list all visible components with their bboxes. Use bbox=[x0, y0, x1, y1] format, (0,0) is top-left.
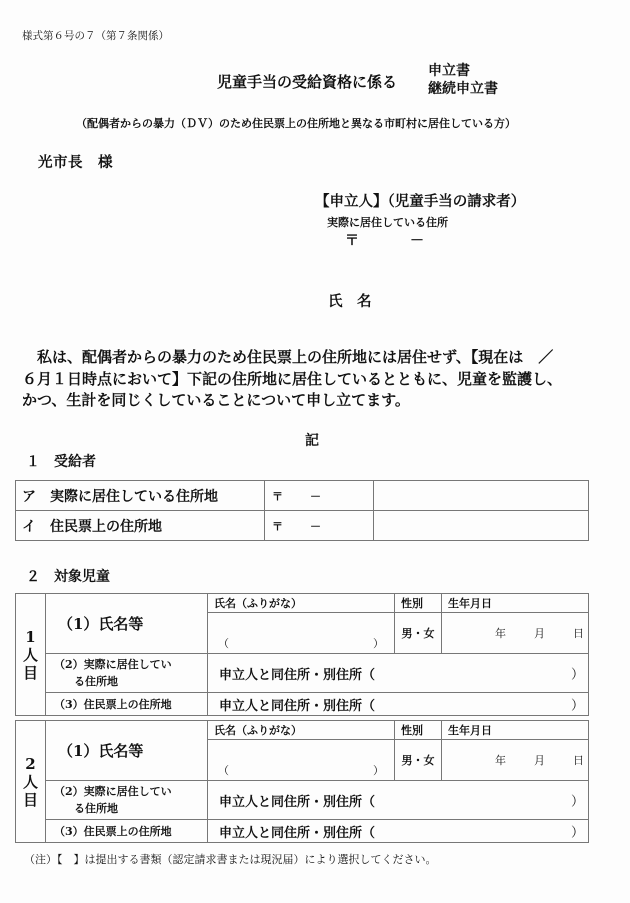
applicant-address-label: 実際に居住している住所 bbox=[327, 214, 448, 230]
postal-code-field[interactable]: 〒－ bbox=[265, 511, 374, 541]
address-options[interactable]: 申立人と同住所・別住所（ bbox=[219, 826, 375, 841]
child-1-table: 1 人 目 （1）氏名等 氏名（ふりがな） 性別 生年月日 （ ） 男・女 年月… bbox=[15, 593, 589, 716]
table-row: ア 実際に居住している住所地 〒－ bbox=[16, 481, 589, 511]
address-options[interactable]: 申立人と同住所・別住所（ bbox=[219, 668, 375, 683]
statement-text: 私は、配偶者からの暴力のため住民票上の住所地には居住せず、【現在は ／ ６月１日… bbox=[22, 347, 562, 412]
dob-month-label: 月 bbox=[534, 627, 545, 640]
name-header: 氏名（ふりがな） bbox=[208, 594, 395, 613]
section-2-title: ２ 対象児童 bbox=[26, 566, 110, 586]
name-section-label: （1）氏名等 bbox=[46, 594, 208, 654]
registered-address-field[interactable]: 申立人と同住所・別住所（ ） bbox=[208, 693, 589, 716]
furigana-paren-close: ） bbox=[373, 635, 384, 651]
actual-address-label: （2）実際に居住してい る住所地 bbox=[46, 781, 208, 820]
row-label: ア 実際に居住している住所地 bbox=[16, 481, 265, 511]
dob-day-label: 日 bbox=[573, 754, 584, 767]
sex-header: 性別 bbox=[395, 594, 442, 613]
close-paren: ） bbox=[571, 695, 584, 714]
furigana-paren-close: ） bbox=[373, 762, 384, 778]
page-title: 児童手当の受給資格に係る bbox=[217, 71, 397, 92]
child-name-field[interactable]: （ ） bbox=[208, 613, 395, 654]
name-header: 氏名（ふりがな） bbox=[208, 721, 395, 740]
postal-mark-icon: 〒 bbox=[265, 490, 283, 503]
actual-address-field[interactable]: 申立人と同住所・別住所（ ） bbox=[208, 781, 589, 820]
dob-day-label: 日 bbox=[573, 627, 584, 640]
row-label: イ 住民票上の住所地 bbox=[16, 511, 265, 541]
postal-dash: － bbox=[283, 520, 321, 533]
ordinal-char: 目 bbox=[16, 664, 45, 682]
dob-field[interactable]: 年月日 bbox=[442, 740, 589, 781]
label-line: る住所地 bbox=[54, 800, 207, 817]
child-ordinal: 2 人 目 bbox=[16, 721, 46, 843]
applicant-name-label: 氏 名 bbox=[328, 290, 372, 311]
title-option-application: 申立書 bbox=[428, 62, 498, 80]
dob-header: 生年月日 bbox=[442, 721, 589, 740]
sex-select[interactable]: 男・女 bbox=[395, 613, 442, 654]
page-subtitle: （配偶者からの暴力（ＤＶ）のため住民票上の住所地と異なる市町村に居住している方） bbox=[76, 115, 516, 131]
child-name-field[interactable]: （ ） bbox=[208, 740, 395, 781]
addressee: 光市長 様 bbox=[38, 151, 113, 172]
ordinal-char: 人 bbox=[16, 773, 45, 791]
ordinal-char: 1 bbox=[16, 628, 45, 646]
dob-year-label: 年 bbox=[495, 754, 506, 767]
sex-header: 性別 bbox=[395, 721, 442, 740]
sex-select[interactable]: 男・女 bbox=[395, 740, 442, 781]
close-paren: ） bbox=[571, 664, 584, 683]
address-options[interactable]: 申立人と同住所・別住所（ bbox=[219, 699, 375, 714]
ki-heading: 記 bbox=[305, 430, 319, 450]
address-options[interactable]: 申立人と同住所・別住所（ bbox=[219, 795, 375, 810]
furigana-paren-open: （ bbox=[218, 635, 229, 651]
label-line: （2）実際に居住してい bbox=[54, 783, 207, 800]
title-option-continuation: 継続申立書 bbox=[428, 80, 498, 98]
child-ordinal: 1 人 目 bbox=[16, 594, 46, 716]
dob-year-label: 年 bbox=[495, 627, 506, 640]
postal-mark-icon: 〒 bbox=[265, 520, 283, 533]
form-number: 様式第６号の７（第７条関係） bbox=[22, 28, 169, 43]
actual-address-field[interactable]: 申立人と同住所・別住所（ ） bbox=[208, 654, 589, 693]
section-1-title: １ 受給者 bbox=[26, 451, 96, 471]
actual-address-label: （2）実際に居住してい る住所地 bbox=[46, 654, 208, 693]
postal-dash: － bbox=[410, 230, 424, 250]
dob-month-label: 月 bbox=[534, 754, 545, 767]
postal-code-field[interactable]: 〒－ bbox=[265, 481, 374, 511]
label-line: る住所地 bbox=[54, 673, 207, 690]
registered-address-field[interactable]: 申立人と同住所・別住所（ ） bbox=[208, 820, 589, 843]
footnote: （注）【 】は提出する書類（認定請求書または現況届）により選択してください。 bbox=[24, 851, 437, 867]
applicant-heading: 【申立人】（児童手当の請求者） bbox=[315, 190, 525, 211]
registered-address-label: （3）住民票上の住所地 bbox=[46, 693, 208, 716]
ordinal-char: 目 bbox=[16, 791, 45, 809]
ordinal-char: 2 bbox=[16, 755, 45, 773]
name-section-label: （1）氏名等 bbox=[46, 721, 208, 781]
postal-dash: － bbox=[283, 490, 321, 503]
child-2-table: 2 人 目 （1）氏名等 氏名（ふりがな） 性別 生年月日 （ ） 男・女 年月… bbox=[15, 720, 589, 843]
furigana-paren-open: （ bbox=[218, 762, 229, 778]
close-paren: ） bbox=[571, 791, 584, 810]
recipient-address-table: ア 実際に居住している住所地 〒－ イ 住民票上の住所地 〒－ bbox=[15, 480, 589, 541]
ordinal-char: 人 bbox=[16, 646, 45, 664]
postal-mark-icon: 〒 bbox=[345, 230, 359, 250]
dob-field[interactable]: 年月日 bbox=[442, 613, 589, 654]
registered-address-label: （3）住民票上の住所地 bbox=[46, 820, 208, 843]
dob-header: 生年月日 bbox=[442, 594, 589, 613]
address-field[interactable] bbox=[374, 481, 589, 511]
label-line: （2）実際に居住してい bbox=[54, 656, 207, 673]
address-field[interactable] bbox=[374, 511, 589, 541]
table-row: イ 住民票上の住所地 〒－ bbox=[16, 511, 589, 541]
title-options: 申立書 継続申立書 bbox=[428, 62, 498, 98]
close-paren: ） bbox=[571, 822, 584, 841]
